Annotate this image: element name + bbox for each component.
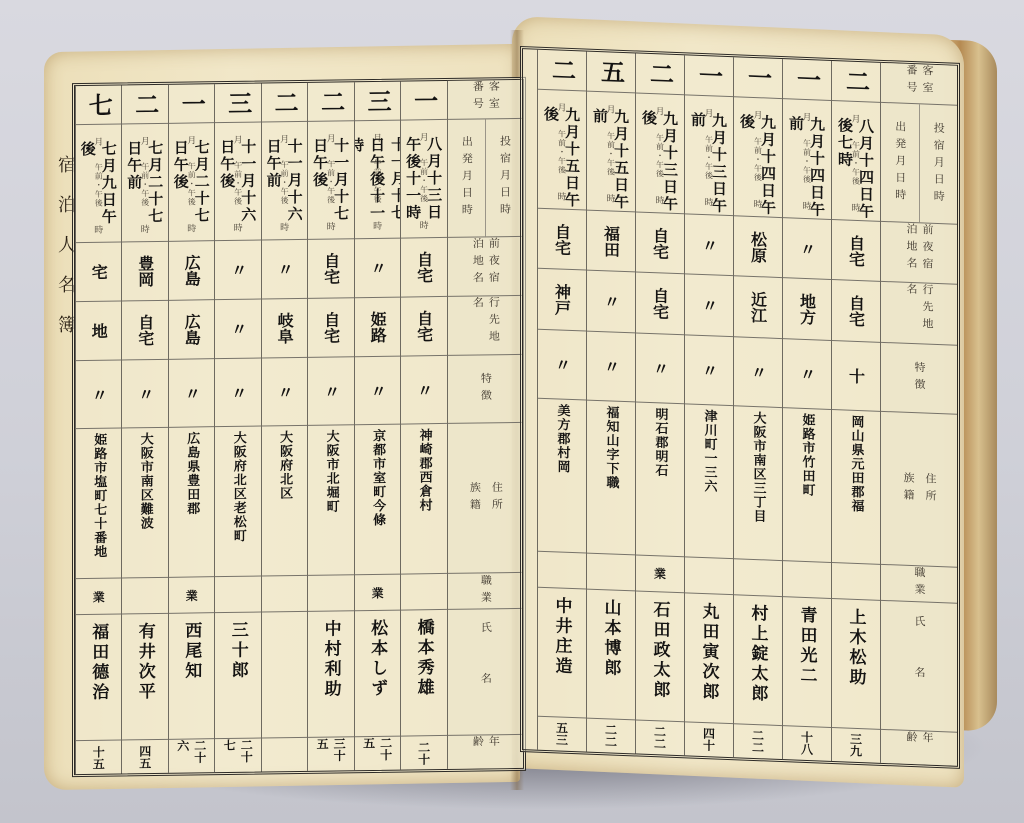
room-number: 二	[262, 83, 307, 122]
left-register-table: 客室番号 投宿月日時 出発月日時 前夜宿泊地名 行先地名 特徴 族籍 住所 職業…	[72, 77, 526, 777]
destination-cell: 自宅	[636, 273, 684, 335]
address: 京都市室町今條	[355, 425, 400, 575]
features-cell: 〃	[262, 358, 307, 427]
guest-name: 上木松助	[832, 599, 880, 729]
address-cell: 神崎郡西倉村	[401, 424, 446, 575]
header-domicile-address: 族籍 住所	[448, 423, 523, 574]
prev-lodging: 福田	[587, 211, 635, 272]
prev-lodging: 〃	[783, 218, 831, 279]
room-number-cell: 二	[262, 83, 307, 123]
guest-name: 福田德治	[76, 614, 121, 740]
header-dates: 投宿月日時 出発月日時	[448, 119, 523, 237]
address-cell: 津川町一三六	[685, 404, 733, 559]
arrival-datetime: 九月十三日午前	[685, 95, 733, 215]
room-number-cell: 七	[76, 85, 121, 125]
address-cell: 美方郡村岡	[538, 399, 586, 554]
destination: 広島	[169, 300, 214, 359]
guest-name: 三十郎	[215, 612, 260, 738]
dates-cell: 月 午前・午後 時 十一月十七日午後	[308, 121, 353, 239]
age: 十八	[783, 726, 831, 761]
name-cell: 中村利助	[308, 611, 353, 738]
name-cell: 福田德治	[76, 614, 121, 741]
prev-lodging-cell: 広島	[169, 241, 214, 301]
prev-lodging: 〃	[262, 239, 307, 298]
age: 四五	[122, 740, 167, 773]
age-cell: 二十七	[215, 739, 260, 772]
destination: 姫路	[355, 297, 400, 356]
occupation-cell: 業	[76, 579, 121, 615]
room-number: 三	[355, 82, 400, 121]
occupation	[308, 576, 353, 611]
features-cell: 十	[832, 341, 880, 412]
name-cell: 有井次平	[122, 614, 167, 741]
destination: 自宅	[122, 301, 167, 360]
guest-name: 中井庄造	[538, 588, 586, 718]
age-cell: 二二	[587, 718, 635, 753]
register-entry-column: 二 月 午前・午後 時 八月十四日午後七時 自宅 自宅 十 岡山県元田郡福 上木…	[831, 61, 880, 763]
destination: 地方	[783, 279, 831, 340]
register-entry-column: 三 月 午前・午後 時 十一月十七日午後十一時 〃 姫路 〃 京都市室町今條 業…	[354, 82, 400, 771]
header-room-number: 客室番号	[881, 63, 957, 106]
room-number-cell: 二	[122, 85, 167, 125]
destination-cell: 自宅	[122, 301, 167, 361]
room-number: 二	[636, 53, 684, 94]
guest-name: 松本しず	[355, 610, 400, 736]
occupation: 業	[76, 579, 121, 614]
features-cell: 〃	[783, 339, 831, 410]
occupation-cell	[587, 553, 635, 591]
address: 姫路市竹田町	[783, 408, 831, 562]
guest-name: 中村利助	[308, 611, 353, 737]
age: 十五	[76, 741, 121, 774]
address: 大阪市南区三丁目	[734, 406, 782, 560]
age-cell: 二十	[401, 736, 446, 769]
features: 〃	[308, 357, 353, 425]
prev-lodging-cell: 自宅	[538, 209, 586, 271]
prev-lodging-cell: 松原	[734, 217, 782, 279]
prev-lodging: 〃	[215, 240, 260, 299]
destination-cell: 地方	[783, 279, 831, 341]
features-cell: 〃	[308, 357, 353, 426]
age-cell: 二二	[734, 724, 782, 759]
occupation: 業	[169, 577, 214, 612]
address-cell: 岡山県元田郡福	[832, 410, 880, 565]
features: 〃	[685, 335, 733, 405]
guest-name: 有井次平	[122, 614, 167, 740]
age-cell: 三十五	[308, 738, 353, 771]
register-entry-column: 二 月 午前・午後 時 十一月十七日午後 自宅 自宅 〃 大阪市北堀町 中村利助…	[307, 82, 353, 771]
address: 明石郡明石	[636, 403, 684, 557]
features-cell: 〃	[215, 358, 260, 427]
dates-cell: 月 午前・午後 時 九月十三日午前	[685, 95, 733, 216]
name-cell	[262, 612, 307, 739]
age: 二二	[587, 718, 635, 753]
header-features: 特徴	[881, 343, 957, 415]
age-cell: 二十六	[169, 739, 214, 772]
prev-lodging: 松原	[734, 217, 782, 278]
destination-cell: 近江	[734, 277, 782, 339]
room-number: 一	[401, 81, 446, 120]
arrival-datetime: 八月十四日午後七時	[832, 101, 880, 221]
arrival-datetime: 八月十三日午後十一時	[401, 120, 446, 237]
arrival-datetime: 九月十三日午後	[636, 93, 684, 213]
arrival-datetime: 十一月十七日午後	[308, 121, 353, 238]
header-age: 年齢	[881, 730, 957, 766]
name-cell: 三十郎	[215, 612, 260, 739]
arrival-datetime: 七月二十七日午後	[169, 123, 214, 240]
occupation	[587, 553, 635, 590]
prev-lodging: 自宅	[636, 213, 684, 274]
arrival-datetime: 九月十五日午後	[538, 90, 586, 210]
features: 〃	[76, 360, 121, 428]
guest-name	[262, 612, 307, 738]
occupation	[401, 574, 446, 609]
guest-name: 西尾知	[169, 613, 214, 739]
address: 大阪市南区難波	[122, 428, 167, 578]
room-number: 二	[832, 61, 880, 102]
dates-cell: 月 午前・午後 時 十一月十七日午後十一時	[355, 121, 400, 239]
age	[262, 738, 307, 771]
arrival-datetime: 十一月十六日午前	[262, 122, 307, 239]
register-entry-column: 一 月 午前・午後 時 九月十四日午前 〃 地方 〃 姫路市竹田町 青田光二 十…	[782, 59, 831, 761]
prev-lodging-cell: 〃	[215, 240, 260, 300]
features: 〃	[262, 358, 307, 426]
guest-name: 橋本秀雄	[401, 610, 446, 736]
register-entry-column: 一 月 午前・午後 時 七月二十七日午後 広島 広島 〃 広島県豊田郡 業 西尾…	[168, 84, 214, 773]
features-cell: 〃	[401, 356, 446, 425]
room-number-cell: 一	[734, 57, 782, 99]
room-number-cell: 三	[355, 82, 400, 122]
name-cell: 青田光二	[783, 597, 831, 728]
features: 〃	[401, 356, 446, 424]
destination-cell: 〃	[685, 275, 733, 337]
features: 〃	[169, 359, 214, 427]
guest-name: 丸田寅次郎	[685, 593, 733, 723]
age: 二十七	[215, 739, 260, 772]
dates-cell: 月 午前・午後 時 九月十三日午後	[636, 93, 684, 214]
prev-lodging: 自宅	[832, 220, 880, 281]
address-cell: 京都市室町今條	[355, 425, 400, 576]
address: 岡山県元田郡福	[832, 410, 880, 564]
destination-cell: 〃	[215, 299, 260, 359]
prev-lodging: 自宅	[538, 209, 586, 270]
occupation-cell	[308, 576, 353, 612]
destination: 〃	[215, 299, 260, 358]
destination-cell: 自宅	[401, 297, 446, 357]
prev-lodging-cell: 宅	[76, 242, 121, 302]
prev-lodging-cell: 〃	[783, 218, 831, 280]
address: 大阪府北区老松町	[215, 427, 260, 577]
header-column: 客室番号 投宿月日時 出発月日時 前夜宿泊地名 行先地名 特徴 族籍 住所 職業…	[447, 80, 523, 769]
age: 三十五	[308, 738, 353, 771]
occupation	[832, 563, 880, 600]
destination-cell: 姫路	[355, 297, 400, 357]
register-entry-column: 二 月 午前・午後 時 九月十五日午後 自宅 神戸 〃 美方郡村岡 中井庄造 五…	[537, 50, 586, 752]
prev-lodging-cell: 自宅	[308, 239, 353, 299]
features: 〃	[734, 337, 782, 407]
register-entry-column: 二 月 午前・午後 時 十一月十六日午前 〃 岐阜 〃 大阪府北区	[261, 83, 307, 772]
occupation-cell	[783, 561, 831, 599]
age-cell	[262, 738, 307, 771]
prev-lodging: 自宅	[308, 239, 353, 298]
age: 二十六	[169, 739, 214, 772]
dates-cell: 月 午前・午後 時 十一月十六日午前	[262, 122, 307, 240]
prev-lodging-cell: 自宅	[401, 237, 446, 297]
destination: 岐阜	[262, 299, 307, 358]
room-number: 二	[308, 82, 353, 121]
address: 大阪府北区	[262, 426, 307, 576]
address: 姫路市塩町七十番地	[76, 429, 121, 579]
destination-cell: 神戸	[538, 269, 586, 331]
address: 広島県豊田郡	[169, 427, 214, 577]
features: 十	[832, 341, 880, 411]
age: 四十	[685, 722, 733, 757]
features-cell: 〃	[76, 360, 121, 429]
room-number-cell: 二	[832, 61, 880, 103]
room-number: 一	[734, 57, 782, 98]
name-cell: 上木松助	[832, 599, 880, 730]
header-occupation: 職業	[448, 573, 523, 610]
address-cell: 大阪府北区	[262, 426, 307, 577]
address-cell: 明石郡明石	[636, 403, 684, 558]
destination: 地	[76, 301, 121, 360]
occupation-cell	[538, 552, 586, 590]
address-cell: 大阪市南区三丁目	[734, 406, 782, 561]
prev-lodging: 宅	[76, 242, 121, 301]
features-cell: 〃	[587, 331, 635, 402]
address-cell: 大阪府北区老松町	[215, 427, 260, 578]
header-occupation: 職業	[881, 565, 957, 604]
occupation-cell	[832, 563, 880, 601]
header-room-number: 客室番号	[448, 80, 523, 120]
occupation	[262, 576, 307, 611]
age-cell: 十八	[783, 726, 831, 761]
features: 〃	[636, 333, 684, 403]
register-entry-column: 七 月 午前・午後 時 七月九日午後 宅 地 〃 姫路市塩町七十番地 業 福田德…	[75, 85, 121, 774]
age-cell: 四十	[685, 722, 733, 757]
occupation-cell	[685, 557, 733, 595]
room-number: 五	[587, 52, 635, 93]
room-number-cell: 三	[215, 84, 260, 124]
guest-name: 石田政太郎	[636, 591, 684, 721]
room-number: 一	[783, 59, 831, 100]
header-destination: 行先地名	[448, 296, 523, 356]
features-cell: 〃	[685, 335, 733, 406]
destination: 自宅	[832, 280, 880, 341]
header-column: 客室番号 投宿月日時 出発月日時 前夜宿泊地名 行先地名 特徴 族籍 住所 職業…	[880, 63, 957, 766]
destination: 自宅	[308, 298, 353, 357]
occupation: 業	[636, 555, 684, 592]
dates-cell: 月 午前・午後 時 十一月十六日午後	[215, 123, 260, 241]
dates-cell: 月 午前・午後 時 八月十三日午後十一時	[401, 120, 446, 238]
arrival-datetime: 七月九日午後	[76, 125, 121, 242]
header-dates: 投宿月日時 出発月日時	[881, 103, 957, 225]
age-cell: 二十五	[355, 737, 400, 770]
register-entry-column: 一 月 午前・午後 時 九月十四日午後 松原 近江 〃 大阪市南区三丁目 村上錠…	[733, 57, 782, 759]
register-entry-column: 二 月 午前・午後 時 九月十三日午後 自宅 自宅 〃 明石郡明石 業 石田政太…	[635, 53, 684, 755]
prev-lodging-cell: 〃	[355, 238, 400, 298]
destination: 神戸	[538, 269, 586, 330]
occupation-cell	[122, 578, 167, 614]
room-number-cell: 一	[685, 55, 733, 97]
address-cell: 福知山字下職	[587, 401, 635, 556]
age-cell: 四五	[122, 740, 167, 773]
prev-lodging: 豊岡	[122, 241, 167, 300]
header-name: 氏名	[448, 609, 523, 737]
address: 神崎郡西倉村	[401, 424, 446, 574]
header-destination: 行先地名	[881, 282, 957, 345]
room-number-cell: 一	[783, 59, 831, 101]
address-cell: 広島県豊田郡	[169, 427, 214, 578]
features-cell: 〃	[734, 337, 782, 408]
address-cell: 姫路市竹田町	[783, 408, 831, 563]
features-cell: 〃	[636, 333, 684, 404]
header-features: 特徴	[448, 355, 523, 424]
dates-cell: 月 午前・午後 時 九月十四日午前	[783, 99, 831, 220]
header-prev-lodging: 前夜宿泊地名	[448, 236, 523, 296]
destination: 自宅	[401, 297, 446, 356]
age: 三九	[832, 728, 880, 763]
destination-cell: 地	[76, 301, 121, 361]
features-cell: 〃	[169, 359, 214, 428]
header-prev-lodging: 前夜宿泊地名	[881, 222, 957, 285]
address-cell: 大阪市南区難波	[122, 428, 167, 579]
prev-lodging: 〃	[685, 215, 733, 276]
features: 〃	[538, 329, 586, 399]
dates-cell: 月 午前・午後 時 七月二十七日午前	[122, 124, 167, 242]
guest-name: 村上錠太郎	[734, 595, 782, 725]
features: 〃	[587, 331, 635, 401]
register-entry-column: 一 月 午前・午後 時 九月十三日午前 〃 〃 〃 津川町一三六 丸田寅次郎 四…	[684, 55, 733, 757]
room-number-cell: 二	[636, 53, 684, 95]
age: 二二	[734, 724, 782, 759]
register-entry-column: 五 月 午前・午後 時 九月十五日午前 福田 〃 〃 福知山字下職 山本博郎 二…	[586, 52, 635, 754]
occupation-cell	[262, 576, 307, 612]
age-cell: 十五	[76, 741, 121, 774]
arrival-datetime: 九月十五日午前	[587, 91, 635, 211]
occupation-cell	[734, 559, 782, 597]
destination-cell: 広島	[169, 300, 214, 360]
occupation-cell: 業	[169, 577, 214, 613]
age: 二十五	[355, 737, 400, 770]
header-age: 年齢	[448, 735, 523, 769]
features: 〃	[783, 339, 831, 409]
prev-lodging-cell: 自宅	[832, 220, 880, 282]
register-entry-column: 一 月 午前・午後 時 八月十三日午後十一時 自宅 自宅 〃 神崎郡西倉村 橋本…	[400, 81, 446, 770]
prev-lodging-cell: 〃	[262, 239, 307, 299]
address-cell: 大阪市北堀町	[308, 425, 353, 576]
room-number-cell: 二	[308, 82, 353, 122]
dates-cell: 月 午前・午後 時 九月十五日午後	[538, 90, 586, 211]
destination-cell: 自宅	[308, 298, 353, 358]
prev-lodging-cell: 〃	[685, 215, 733, 277]
destination: 〃	[587, 271, 635, 332]
address-cell: 姫路市塩町七十番地	[76, 429, 121, 580]
register-entry-column: 三 月 午前・午後 時 十一月十六日午後 〃 〃 〃 大阪府北区老松町 三十郎 …	[214, 84, 260, 773]
room-number-cell: 五	[587, 52, 635, 94]
age: 五三	[538, 716, 586, 751]
occupation	[215, 577, 260, 612]
name-cell: 村上錠太郎	[734, 595, 782, 726]
dates-cell: 月 午前・午後 時 八月十四日午後七時	[832, 101, 880, 222]
occupation	[734, 559, 782, 596]
destination-cell: 自宅	[832, 280, 880, 342]
features-cell: 〃	[122, 360, 167, 429]
destination: 〃	[685, 275, 733, 336]
address: 大阪市北堀町	[308, 425, 353, 575]
age: 二二	[636, 720, 684, 755]
guest-name: 山本博郎	[587, 590, 635, 720]
occupation: 業	[355, 575, 400, 610]
features-cell: 〃	[355, 357, 400, 426]
dates-cell: 月 午前・午後 時 九月十四日午後	[734, 97, 782, 218]
room-number: 一	[685, 55, 733, 96]
occupation-cell: 業	[355, 575, 400, 611]
age-cell: 三九	[832, 728, 880, 763]
room-number-cell: 一	[401, 81, 446, 121]
features: 〃	[122, 360, 167, 428]
arrival-datetime: 九月十四日午前	[783, 99, 831, 219]
right-register-table: 客室番号 投宿月日時 出発月日時 前夜宿泊地名 行先地名 特徴 族籍 住所 職業…	[520, 46, 960, 769]
name-cell: 石田政太郎	[636, 591, 684, 722]
occupation	[122, 578, 167, 613]
address: 福知山字下職	[587, 401, 635, 555]
address: 津川町一三六	[685, 404, 733, 558]
prev-lodging: 広島	[169, 241, 214, 300]
arrival-datetime: 九月十四日午後	[734, 97, 782, 217]
name-cell: 丸田寅次郎	[685, 593, 733, 724]
room-number: 三	[215, 84, 260, 123]
name-cell: 松本しず	[355, 610, 400, 737]
guest-name: 青田光二	[783, 597, 831, 727]
occupation-cell: 業	[636, 555, 684, 593]
prev-lodging: 自宅	[401, 237, 446, 296]
name-cell: 西尾知	[169, 613, 214, 740]
header-name: 氏名	[881, 601, 957, 733]
prev-lodging-cell: 福田	[587, 211, 635, 273]
occupation	[685, 557, 733, 594]
occupation	[538, 552, 586, 589]
dates-cell: 月 午前・午後 時 九月十五日午前	[587, 91, 635, 212]
room-number: 二	[538, 50, 586, 91]
dates-cell: 月 午前・午後 時 七月九日午後	[76, 125, 121, 243]
age: 二十	[401, 736, 446, 769]
destination-cell: 〃	[587, 271, 635, 333]
name-cell: 中井庄造	[538, 588, 586, 719]
address: 美方郡村岡	[538, 399, 586, 553]
arrival-datetime: 十一月十七日午後十一時	[355, 121, 400, 238]
age-cell: 二二	[636, 720, 684, 755]
age-cell: 五三	[538, 716, 586, 751]
room-number: 七	[76, 85, 121, 124]
name-cell: 山本博郎	[587, 590, 635, 721]
room-number-cell: 一	[169, 84, 214, 124]
room-number-cell: 二	[538, 50, 586, 92]
features: 〃	[355, 357, 400, 425]
occupation	[783, 561, 831, 598]
destination: 自宅	[636, 273, 684, 334]
prev-lodging: 〃	[355, 238, 400, 297]
prev-lodging-cell: 豊岡	[122, 241, 167, 301]
room-number: 一	[169, 84, 214, 123]
arrival-datetime: 七月二十七日午前	[122, 124, 167, 241]
features: 〃	[215, 358, 260, 426]
header-domicile-address: 族籍 住所	[881, 412, 957, 568]
name-cell: 橋本秀雄	[401, 610, 446, 737]
arrival-datetime: 十一月十六日午後	[215, 123, 260, 240]
dates-cell: 月 午前・午後 時 七月二十七日午後	[169, 123, 214, 241]
room-number: 二	[122, 85, 167, 124]
